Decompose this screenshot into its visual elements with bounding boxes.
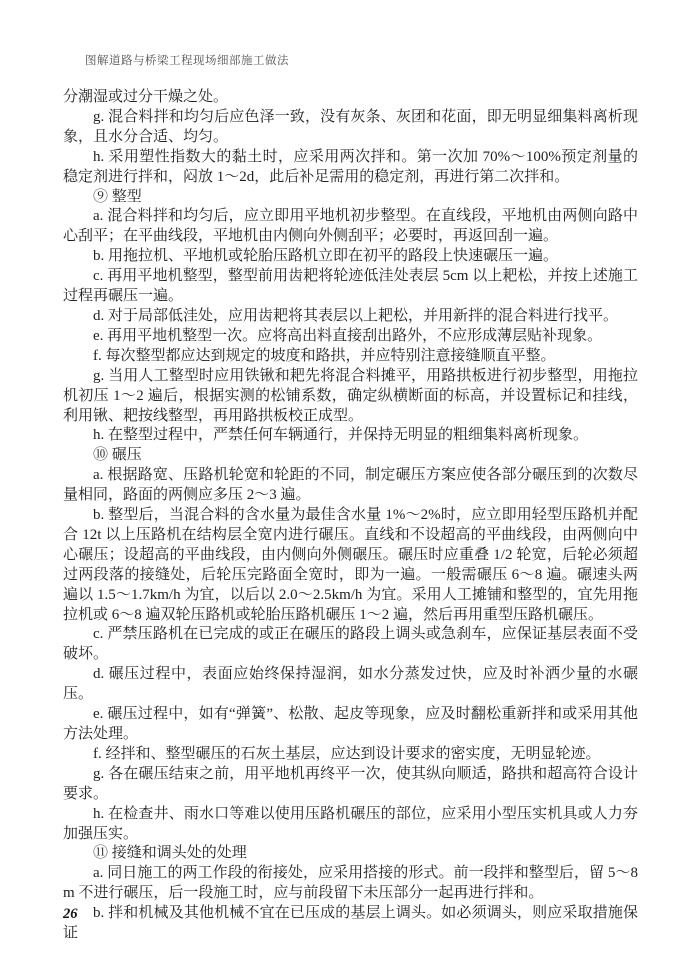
paragraph: a. 混合料拌和均匀后，应立即用平地机初步整型。在直线段，平地机由两侧向路中心刮… <box>63 207 638 247</box>
page-number: 26 <box>63 906 78 923</box>
page-body-text: 分潮湿或过分干燥之处。g. 混合料拌和均匀后应色泽一致，没有灰条、灰团和花面，即… <box>63 88 638 944</box>
paragraph: d. 对于局部低洼处，应用齿耙将其表层以上耙松，并用新拌的混合料进行找平。 <box>63 307 638 327</box>
paragraph: a. 同日施工的两工作段的衔接处，应采用搭接的形式。前一段拌和整型后，留 5～8… <box>63 864 638 904</box>
paragraph: a. 根据路宽、压路机轮宽和轮距的不同，制定碾压方案应使各部分碾压到的次数尽量相… <box>63 466 638 506</box>
paragraph: g. 混合料拌和均匀后应色泽一致，没有灰条、灰团和花面，即无明显细集料离析现象，… <box>63 108 638 148</box>
paragraph: b. 用拖拉机、平地机或轮胎压路机立即在初平的路段上快速碾压一遍。 <box>63 247 638 267</box>
section-heading: ⑨ 整型 <box>63 188 638 208</box>
paragraph: c. 严禁压路机在已完成的或正在碾压的路段上调头或急刹车，应保证基层表面不受破坏… <box>63 625 638 665</box>
paragraph: b. 拌和机械及其他机械不宜在已压成的基层上调头。如必须调头，则应采取措施保证 <box>63 904 638 944</box>
paragraph: d. 碾压过程中，表面应始终保持湿润，如水分蒸发过快，应及时补洒少量的水碾压。 <box>63 665 638 705</box>
paragraph: g. 各在碾压结束之前，用平地机再终平一次，使其纵向顺适，路拱和超高符合设计要求… <box>63 765 638 805</box>
paragraph: c. 再用平地机整型，整型前用齿耙将轮迹低洼处表层 5cm 以上耙松，并按上述施… <box>63 267 638 307</box>
paragraph: g. 当用人工整型时应用铁锹和耙先将混合料摊平，用路拱板进行初步整型，用拖拉机初… <box>63 367 638 427</box>
section-heading: ⑩ 碾压 <box>63 446 638 466</box>
paragraph: h. 在检查井、雨水口等难以使用压路机碾压的部位，应采用小型压实机具或人力夯加强… <box>63 805 638 845</box>
running-header: 图解道路与桥梁工程现场细部施工做法 <box>85 52 289 68</box>
paragraph: b. 整型后，当混合料的含水量为最佳含水量 1%～2%时，应立即用轻型压路机并配… <box>63 506 638 625</box>
section-heading: ⑪ 接缝和调头处的处理 <box>63 844 638 864</box>
paragraph: h. 在整型过程中，严禁任何车辆通行，并保持无明显的粗细集料离析现象。 <box>63 426 638 446</box>
paragraph: h. 采用塑性指数大的黏土时，应采用两次拌和。第一次加 70%～100%预定剂量… <box>63 148 638 188</box>
paragraph: e. 碾压过程中，如有“弹簧”、松散、起皮等现象，应及时翻松重新拌和或采用其他方… <box>63 705 638 745</box>
paragraph: e. 再用平地机整型一次。应将高出料直接刮出路外，不应形成薄层贴补现象。 <box>63 327 638 347</box>
paragraph: f. 每次整型都应达到规定的坡度和路拱，并应特别注意接缝顺直平整。 <box>63 347 638 367</box>
book-page: 图解道路与桥梁工程现场细部施工做法 分潮湿或过分干燥之处。g. 混合料拌和均匀后… <box>0 0 700 975</box>
paragraph: 分潮湿或过分干燥之处。 <box>63 88 638 108</box>
paragraph: f. 经拌和、整型碾压的石灰土基层，应达到设计要求的密实度，无明显轮迹。 <box>63 745 638 765</box>
